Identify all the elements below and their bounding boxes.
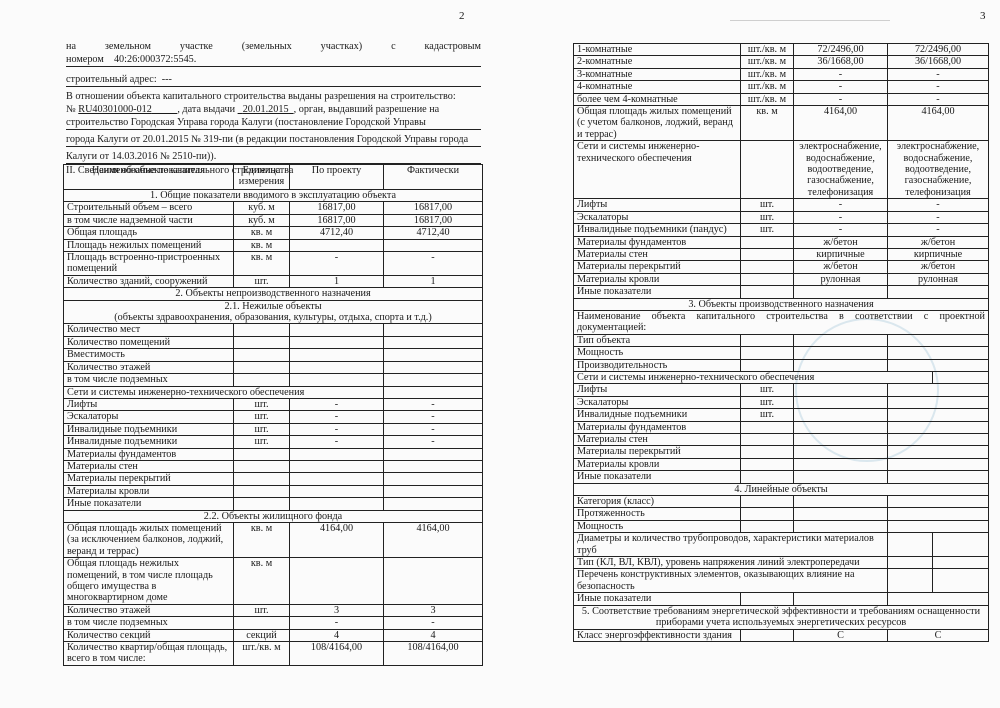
networks-row: Сети и системы инженерно-технического об… [64,386,483,398]
table-cell [290,374,384,386]
table-row: Мощность [574,520,989,532]
table-row: Лифтышт. [574,384,989,396]
table-cell [290,349,384,361]
section-heading: 2.1. Нежилые объекты(объекты здравоохран… [64,300,483,324]
table-cell: Лифты [574,199,741,211]
table-cell [888,347,989,359]
table-cell: электроснабжение, водоснабжение, водоотв… [888,141,989,199]
address-label: строительный адрес: [66,74,157,85]
table-row: Материалы стен [574,434,989,446]
table-cell: 1 [290,275,384,287]
section-row: 2. Объекты непроизводственного назначени… [64,288,483,300]
table-cell: шт./кв. м [741,56,794,68]
table-row: Эскалаторышт.-- [64,411,483,423]
table-cell [741,273,794,285]
table-cell: - [384,398,483,410]
table-cell: 72/2496,00 [888,44,989,56]
table-cell: шт. [234,411,290,423]
table-cell: 4 [384,629,483,641]
permit-number: RU40301000-012 [78,104,177,115]
table-cell [888,458,989,470]
table-cell: - [384,423,483,435]
table-cell [794,334,888,346]
table-row: Количество мест [64,324,483,336]
table-cell: 4 [290,629,384,641]
table-cell: шт./кв. м [741,93,794,105]
table-cell: 108/4164,00 [384,642,483,666]
table-cell: - [888,211,989,223]
table-cell: Материалы перекрытий [574,261,741,273]
table-cell: Протяженность [574,508,741,520]
table-cell [888,471,989,483]
table-cell: куб. м [234,214,290,226]
table-cell [794,384,888,396]
table-cell: Перечень конструктивных элементов, оказы… [574,569,888,593]
table-cell [741,141,794,199]
table-cell: Инвалидные подъемники [64,436,234,448]
table-cell [741,593,794,605]
table-row: Материалы кровли [64,485,483,497]
table-cell: 4712,40 [384,227,483,239]
table-cell: Наименование объекта капитального строит… [574,310,989,334]
table-cell: Материалы стен [574,248,741,260]
table-cell: шт. [741,384,794,396]
table-cell: шт. [234,436,290,448]
table-cell: Инвалидные подъемники [64,423,234,435]
table-row: Иные показатели [574,593,989,605]
table-row: Мощность [574,347,989,359]
table-cell [794,421,888,433]
table-cell [384,239,483,251]
networks-row: Сети и системы инженерно-технического об… [574,371,989,383]
table-cell: Общая площадь жилых помещений (с учетом … [574,106,741,141]
table-cell [234,485,290,497]
table-cell: Количество этажей [64,604,234,616]
page-2: 2 наземельномучастке(земельныхучастках)с… [0,0,500,708]
section-heading: 2. Объекты непроизводственного назначени… [64,288,483,300]
table-cell: Материалы стен [64,460,234,472]
table-row: Материалы перекрытийж/бетонж/бетон [574,261,989,273]
table-cell: Вместимость [64,349,234,361]
table-cell: кв. м [234,558,290,605]
table-cell [741,520,794,532]
table-cell: шт./кв. м [741,44,794,56]
table-cell [794,409,888,421]
table-row: Общая площадь жилых помещений (с учетом … [574,106,989,141]
table-cell: 4164,00 [290,522,384,557]
cadastral-label: номером [66,54,104,65]
table-row: Производительность [574,359,989,371]
table-row: Иные показатели [574,471,989,483]
table-cell [741,347,794,359]
table-cell: 72/2496,00 [794,44,888,56]
table-cell: 16817,00 [384,214,483,226]
table-cell [384,336,483,348]
table-cell [888,446,989,458]
table-cell: ж/бетон [888,261,989,273]
table-cell [741,496,794,508]
table-cell: 3 [384,604,483,616]
table-cell: - [384,411,483,423]
page-number: 2 [459,10,465,22]
table-row: Инвалидные подъемники (пандус)шт.-- [574,224,989,236]
table-cell: шт./кв. м [234,642,290,666]
table-cell: кв. м [234,252,290,276]
table-cell [290,448,384,460]
table-row: Эскалаторышт.-- [574,211,989,223]
table-cell [384,460,483,472]
table-row: Иные показатели [64,498,483,510]
table-row: Категория (класс) [574,496,989,508]
table-cell [794,593,888,605]
table-cell: - [794,81,888,93]
table-cell: 4164,00 [888,106,989,141]
table-cell [741,248,794,260]
intro-word: с [391,40,396,53]
issuer-prefix: строительство [66,117,128,128]
table-cell [234,361,290,373]
table-cell [888,396,989,408]
table-cell: секций [234,629,290,641]
table-cell: - [384,617,483,629]
table-cell [933,533,989,557]
cadastral-line: номером 40:26:000372:5545. [66,53,481,67]
table-cell [741,421,794,433]
table-cell: шт. [741,199,794,211]
table-cell [290,361,384,373]
table-cell: - [794,199,888,211]
table-cell [794,286,888,298]
table-cell: Мощность [574,520,741,532]
table-cell [234,498,290,510]
table-row: Инвалидные подъемникишт.-- [64,436,483,448]
table-cell: Материалы стен [574,434,741,446]
intro-word: кадастровым [425,40,481,53]
table-cell [741,508,794,520]
table-row: 1-комнатныешт./кв. м72/2496,0072/2496,00 [574,44,989,56]
table-row: Количество этажей [64,361,483,373]
table-row: Общая площадькв. м4712,404712,40 [64,227,483,239]
permit-line: № RU40301000-012 , дата выдачи 20.01.201… [66,103,481,116]
table-cell: Тип (КЛ, ВЛ, КВЛ), уровень напряжения ли… [574,557,888,569]
address-line: строительный адрес: --- [66,73,481,87]
table-row: Лифтышт.-- [574,199,989,211]
table-cell: шт. [234,604,290,616]
table-cell: 2-комнатные [574,56,741,68]
table-cell: Общая площадь нежилых помещений, в том ч… [64,558,234,605]
table-cell [384,473,483,485]
intro-line-1: наземельномучастке(земельныхучастках)ска… [66,40,481,53]
permit-no-prefix: № [66,104,76,115]
table-row: Материалы кровли [574,458,989,470]
table-row: Диаметры и количество трубопроводов, хар… [574,533,989,557]
table-cell: Инвалидные подъемники (пандус) [574,224,741,236]
table-cell [741,471,794,483]
table-cell [794,434,888,446]
table-cell: - [888,68,989,80]
table-cell [234,473,290,485]
table-cell: Материалы фундаментов [64,448,234,460]
table-cell [794,496,888,508]
table-row: Протяженность [574,508,989,520]
table-cell: Количество квартир/общая площадь, всего … [64,642,234,666]
table-cell: ж/бетон [794,261,888,273]
table-cell: Количество мест [64,324,234,336]
address-value: --- [162,74,172,85]
table-cell [741,434,794,446]
table-cell [384,349,483,361]
table-cell: - [290,398,384,410]
table-cell: в том числе подземных [64,374,234,386]
table-cell: Общая площадь жилых помещений (за исключ… [64,522,234,557]
table-row: Общая площадь нежилых помещений, в том ч… [64,558,483,605]
section-heading: 5. Соответствие требованиям энергетическ… [574,605,989,629]
table-cell [234,617,290,629]
table-row: в том числе надземной частикуб. м16817,0… [64,214,483,226]
table-cell [290,324,384,336]
table-cell: - [384,436,483,448]
table-cell [933,569,989,593]
table-cell: Эскалаторы [574,211,741,223]
table-cell: Иные показатели [574,286,741,298]
table-cell: рулонная [794,273,888,285]
section-row: 2.2. Объекты жилищного фонда [64,510,483,522]
table-row: Тип объекта [574,334,989,346]
section-row: 4. Линейные объекты [574,483,989,495]
table-cell [290,473,384,485]
table-cell: Количество секций [64,629,234,641]
column-header: Наименование показателя [64,165,234,190]
table-cell: - [888,224,989,236]
table-cell: шт. [234,275,290,287]
table-cell: Категория (класс) [574,496,741,508]
table-cell: 108/4164,00 [290,642,384,666]
table-cell [933,557,989,569]
table-cell: кв. м [234,239,290,251]
table-cell [794,359,888,371]
table-cell: 36/1668,00 [794,56,888,68]
table-cell [384,558,483,605]
table-cell: кв. м [234,227,290,239]
table-cell: 3 [290,604,384,616]
table-cell: 4164,00 [384,522,483,557]
table-cell: кирпичные [888,248,989,260]
section-heading: 2.2. Объекты жилищного фонда [64,510,483,522]
table-row: более чем 4-комнатныешт./кв. м-- [574,93,989,105]
table-cell: Иные показатели [574,471,741,483]
table-cell [741,629,794,641]
permit-intro: В отношении объекта капитального строите… [66,90,481,103]
table-cell: Площадь нежилых помещений [64,239,234,251]
page-number: 3 [980,10,986,22]
table-row: Материалы перекрытий [574,446,989,458]
table-cell [888,384,989,396]
table-cell [290,239,384,251]
table-cell: - [888,93,989,105]
date-label: , дата выдачи [177,104,235,115]
issuer-line-3: Калуги от 14.03.2016 № 2510-пи)). [66,150,481,164]
table-cell: Материалы фундаментов [574,236,741,248]
table-cell [234,324,290,336]
table-cell: - [888,199,989,211]
project-name-row: Наименование объекта капитального строит… [574,310,989,334]
table-cell: - [290,252,384,276]
table-cell [234,374,290,386]
table-cell [384,374,483,386]
table-cell [888,334,989,346]
table-cell: Класс энергоэффективности здания [574,629,741,641]
object-info-table-right: 1-комнатныешт./кв. м72/2496,0072/2496,00… [573,43,989,642]
table-cell [290,485,384,497]
table-cell: Материалы перекрытий [574,446,741,458]
table-cell [234,448,290,460]
table-cell: шт./кв. м [741,81,794,93]
table-row: Количество зданий, сооруженийшт.11 [64,275,483,287]
intro-word: (земельных [242,40,292,53]
table-cell: Количество помещений [64,336,234,348]
energy-class-row: Класс энергоэффективности зданияСС [574,629,989,641]
table-row: Материалы фундаментов [574,421,989,433]
table-cell: - [888,81,989,93]
table-cell: Общая площадь [64,227,234,239]
table-cell: Иные показатели [64,498,234,510]
table-cell: - [794,93,888,105]
table-cell: 4164,00 [794,106,888,141]
table-row: Инвалидные подъемникишт. [574,409,989,421]
table-cell: Материалы кровли [574,273,741,285]
table-cell [741,458,794,470]
table-row: Лифтышт.-- [64,398,483,410]
table-cell: кирпичные [794,248,888,260]
table-cell [234,349,290,361]
table-cell: Площадь встроенно-пристроенных помещений [64,252,234,276]
table-cell [888,557,933,569]
table-cell: шт. [741,211,794,223]
table-cell: Иные показатели [574,593,741,605]
table-row: в том числе подземных-- [64,617,483,629]
table-row: Эскалаторышт. [574,396,989,408]
table-row: Тип (КЛ, ВЛ, КВЛ), уровень напряжения ли… [574,557,989,569]
table-cell [794,347,888,359]
table-row: Вместимость [64,349,483,361]
table-cell [794,446,888,458]
table-cell: - [794,224,888,236]
table-cell: шт. [741,409,794,421]
table-cell: Эскалаторы [64,411,234,423]
table-cell: ж/бетон [888,236,989,248]
table-row: 4-комнатныешт./кв. м-- [574,81,989,93]
section-heading: 3. Объекты производственного назначения [574,298,989,310]
permit-date: 20.01.2015 [238,104,294,115]
table-cell: Количество этажей [64,361,234,373]
table-cell: Тип объекта [574,334,741,346]
table-cell: - [384,252,483,276]
table-cell: 4712,40 [290,227,384,239]
table-row: Материалы стенкирпичныекирпичные [574,248,989,260]
table-cell: шт./кв. м [741,68,794,80]
table-cell: Лифты [64,398,234,410]
table-cell [741,359,794,371]
table-cell: С [888,629,989,641]
table-cell: 16817,00 [290,214,384,226]
table-row: 3-комнатныешт./кв. м-- [574,68,989,80]
table-cell: 16817,00 [290,202,384,214]
section-row: 3. Объекты производственного назначения [574,298,989,310]
table-row: Общая площадь жилых помещений (за исключ… [64,522,483,557]
table-cell: Сети и системы инженерно-технического об… [574,141,741,199]
issuer-line-1: строительство Городская Управа города Ка… [66,116,481,130]
table-cell [290,460,384,472]
table-row: Строительный объем – всегокуб. м16817,00… [64,202,483,214]
table-cell: - [290,617,384,629]
issuer-label: , орган, выдавший разрешение на [294,104,440,115]
table-cell [384,361,483,373]
object-info-table-left: Наименование показателяЕдиница измерения… [63,164,483,666]
section-row: 1. Общие показатели вводимого в эксплуат… [64,190,483,202]
table-cell [888,421,989,433]
table-row: Иные показатели [574,286,989,298]
table-cell [794,471,888,483]
section-row: 2.1. Нежилые объекты(объекты здравоохран… [64,300,483,324]
table-cell [794,458,888,470]
table-cell: кв. м [741,106,794,141]
table-cell [888,520,989,532]
table-cell: Строительный объем – всего [64,202,234,214]
table-cell: 3-комнатные [574,68,741,80]
table-cell [888,496,989,508]
table-row: 2-комнатныешт./кв. м36/1668,0036/1668,00 [574,56,989,68]
table-cell [888,286,989,298]
table-row: Материалы стен [64,460,483,472]
table-cell: Материалы перекрытий [64,473,234,485]
table-cell [384,386,483,398]
table-cell [933,371,989,383]
table-cell: куб. м [234,202,290,214]
table-row: в том числе подземных [64,374,483,386]
table-cell: Инвалидные подъемники [574,409,741,421]
table-row: Количество помещений [64,336,483,348]
table-cell: - [794,211,888,223]
table-cell: Эскалаторы [574,396,741,408]
intro-word: земельном [105,40,151,53]
table-cell [290,336,384,348]
table-cell [741,334,794,346]
table-cell: Материалы кровли [574,458,741,470]
table-cell [290,558,384,605]
table-cell [888,434,989,446]
table-cell: Диаметры и количество трубопроводов, хар… [574,533,888,557]
intro-word: на [66,40,76,53]
column-header: Единица измерения [234,165,290,190]
table-row: Материалы перекрытий [64,473,483,485]
table-cell [384,448,483,460]
issuer-text-1: Городская Управа города Калуги (постанов… [131,117,426,128]
table-row: Материалы фундаментов [64,448,483,460]
table-row: Перечень конструктивных элементов, оказы… [574,569,989,593]
table-cell: Количество зданий, сооружений [64,275,234,287]
table-cell: электроснабжение, водоснабжение, водоотв… [794,141,888,199]
table-row: Материалы кровлирулоннаярулонная [574,273,989,285]
intro-word: участках) [321,40,363,53]
table-cell: Сети и системы инженерно-технического об… [64,386,384,398]
table-cell [741,446,794,458]
table-row: Количество секцийсекций44 [64,629,483,641]
table-cell: кв. м [234,522,290,557]
column-header: По проекту [290,165,384,190]
table-cell [794,396,888,408]
table-cell [888,533,933,557]
table-cell: С [794,629,888,641]
